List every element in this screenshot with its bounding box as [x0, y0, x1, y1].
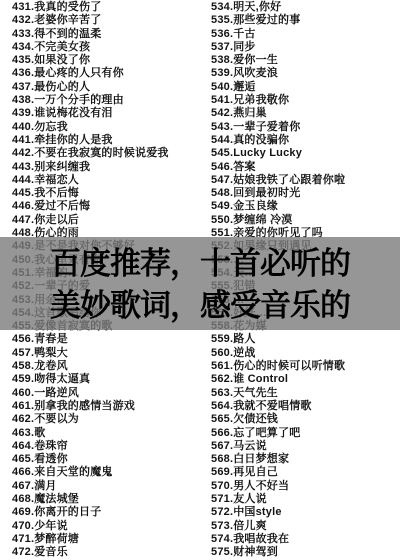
song-list-item: 542.燕归巢	[211, 107, 345, 120]
title-overlay-band: 百度推荐，十首必听的 美妙歌词，感受音乐的	[0, 237, 400, 330]
song-list-item: 439.谁说梅花没有泪	[12, 107, 169, 120]
song-list-item: 564.我就不爱唱情歌	[211, 400, 345, 413]
song-list-item: 463.歌	[12, 427, 169, 440]
song-list-page: 431.我真的受伤了432.老婆你辛苦了433.得不到的温柔434.不完美女孩4…	[0, 0, 400, 560]
song-list-item: 548.回到最初时光	[211, 187, 345, 200]
song-list-item: 570.男人不好当	[211, 480, 345, 493]
song-list-item: 547.姑娘我铁了心跟着你啦	[211, 174, 345, 187]
song-list-item: 442.不要在我寂寞的时候说爱我	[12, 147, 169, 160]
song-list-item: 441.牵挂你的人是我	[12, 134, 169, 147]
song-list-item: 550.梦缠绵 冷漠	[211, 214, 345, 227]
song-list-item: 456.青春是	[12, 333, 169, 346]
song-list-item: 443.别来纠缠我	[12, 161, 169, 174]
song-list-item: 543.一辈子爱着你	[211, 121, 345, 134]
song-list-item: 561.伤心的时候可以听情歌	[211, 360, 345, 373]
song-list-item: 466.来自天堂的魔鬼	[12, 466, 169, 479]
song-list-item: 569.再见自己	[211, 466, 345, 479]
song-list-item: 562.谁 Control	[211, 373, 345, 386]
song-list-item: 446.爱过不后悔	[12, 200, 169, 213]
song-list-item: 462.不要以为	[12, 413, 169, 426]
song-list-item: 544.真的没骗你	[211, 134, 345, 147]
song-list-item: 567.马云说	[211, 440, 345, 453]
song-list-item: 444.幸福恋人	[12, 174, 169, 187]
song-list-item: 574.我唱故我在	[211, 533, 345, 546]
song-list-item: 432.老婆你辛苦了	[12, 14, 169, 27]
song-list-item: 546.答案	[211, 161, 345, 174]
song-list-item: 461.别拿我的感情当游戏	[12, 400, 169, 413]
song-list-item: 437.最伤心的人	[12, 81, 169, 94]
song-list-item: 434.不完美女孩	[12, 41, 169, 54]
song-list-item: 471.梦醉荷塘	[12, 533, 169, 546]
song-list-item: 436.最心疼的人只有你	[12, 67, 169, 80]
song-list-item: 559.路人	[211, 333, 345, 346]
song-list-item: 573.倍儿爽	[211, 520, 345, 533]
song-list-item: 445.我不后悔	[12, 187, 169, 200]
song-list-item: 435.如果没了你	[12, 54, 169, 67]
song-list-item: 560.逆战	[211, 347, 345, 360]
song-list-item: 563.天气先生	[211, 387, 345, 400]
song-list-item: 541.兄弟我敬你	[211, 94, 345, 107]
song-list-item: 534.明天,你好	[211, 1, 345, 14]
song-list-item: 431.我真的受伤了	[12, 1, 169, 14]
song-list-item: 433.得不到的温柔	[12, 28, 169, 41]
song-list-item: 549.金玉良缘	[211, 200, 345, 213]
song-list-item: 566.忘了吧算了吧	[211, 427, 345, 440]
song-list-item: 440.勿忘我	[12, 121, 169, 134]
overlay-title: 百度推荐，十首必听的 美妙歌词，感受音乐的	[50, 243, 350, 327]
song-list-item: 460.一路逆风	[12, 387, 169, 400]
song-list-item: 467.满月	[12, 480, 169, 493]
song-list-item: 438.一万个分手的理由	[12, 94, 169, 107]
song-list-item: 539.风吹麦浪	[211, 67, 345, 80]
song-list-item: 565.欠债还钱	[211, 413, 345, 426]
song-list-item: 537.同步	[211, 41, 345, 54]
song-list-item: 472.爱音乐	[12, 546, 169, 559]
song-list-item: 470.少年说	[12, 520, 169, 533]
song-list-item: 538.爱你一生	[211, 54, 345, 67]
song-list-item: 465.看透你	[12, 453, 169, 466]
overlay-title-line1: 百度推荐，十首必听的	[50, 246, 350, 281]
song-list-item: 540.邂逅	[211, 81, 345, 94]
song-list-item: 535.那些爱过的事	[211, 14, 345, 27]
overlay-title-line2: 美妙歌词，感受音乐的	[50, 288, 350, 323]
song-list-item: 459.吻得太逼真	[12, 373, 169, 386]
song-list-item: 572.中国style	[211, 506, 345, 519]
song-list-item: 464.卷珠帘	[12, 440, 169, 453]
song-list-item: 536.千古	[211, 28, 345, 41]
song-list-item: 568.白日梦想家	[211, 453, 345, 466]
song-list-item: 575.财神驾到	[211, 546, 345, 559]
song-list-item: 457.鸭梨大	[12, 347, 169, 360]
song-list-item: 545.Lucky Lucky	[211, 147, 345, 160]
song-list-item: 571.友人说	[211, 493, 345, 506]
song-list-item: 447.你走以后	[12, 214, 169, 227]
song-list-item: 468.魔法城堡	[12, 493, 169, 506]
song-list-item: 469.你离开的日子	[12, 506, 169, 519]
song-list-item: 458.龙卷风	[12, 360, 169, 373]
